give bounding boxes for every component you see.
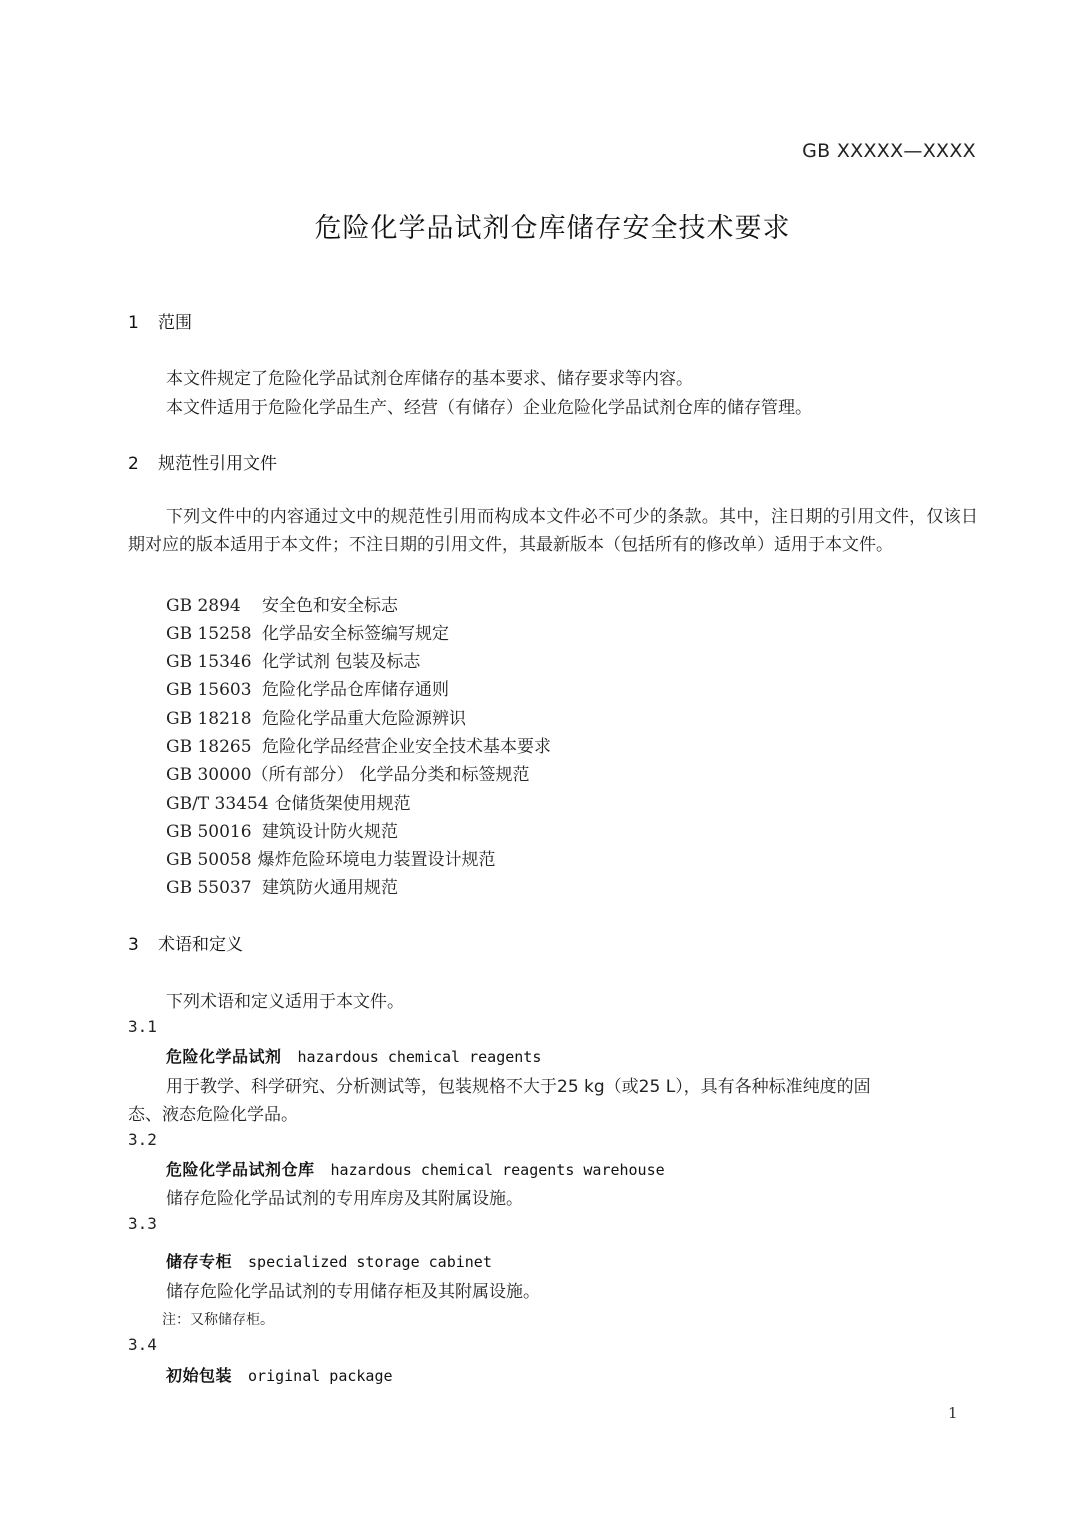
- term-note: 注：又称储存柜。: [162, 1309, 274, 1329]
- section-heading-3: 3术语和定义: [128, 930, 243, 955]
- term-entry: 危险化学品试剂hazardous chemical reagents: [166, 1044, 541, 1067]
- section-title: 规范性引用文件: [158, 454, 277, 474]
- term-definition: 储存危险化学品试剂的专用储存柜及其附属设施。: [166, 1277, 540, 1302]
- term-definition-continued: 态、液态危险化学品。: [128, 1100, 298, 1125]
- page-number: 1: [948, 1404, 958, 1422]
- reference-item: GB 55037建筑防火通用规范: [166, 873, 398, 898]
- paragraph-normative-intro: 下列文件中的内容通过文中的规范性引用而构成本文件必不可少的条款。其中，注日期的引…: [128, 503, 978, 559]
- term-number: 3.4: [128, 1335, 157, 1354]
- term-number: 3.2: [128, 1130, 157, 1149]
- term-en: hazardous chemical reagents: [298, 1048, 542, 1066]
- reference-item: GB 30000（所有部分）化学品分类和标签规范: [166, 760, 530, 785]
- term-en: hazardous chemical reagents warehouse: [331, 1161, 665, 1179]
- reference-item: GB 18265危险化学品经营企业安全技术基本要求: [166, 732, 551, 757]
- term-definition: 储存危险化学品试剂的专用库房及其附属设施。: [166, 1184, 523, 1209]
- term-zh: 初始包装: [166, 1366, 232, 1385]
- term-entry: 危险化学品试剂仓库hazardous chemical reagents war…: [166, 1157, 665, 1180]
- term-entry: 储存专柜specialized storage cabinet: [166, 1249, 492, 1272]
- reference-item: GB 15346化学试剂 包装及标志: [166, 647, 420, 672]
- section-title: 范围: [158, 313, 192, 333]
- term-zh: 危险化学品试剂仓库: [166, 1160, 315, 1179]
- term-number: 3.3: [128, 1214, 157, 1233]
- section-title: 术语和定义: [158, 935, 243, 955]
- term-definition: 用于教学、科学研究、分析测试等，包装规格不大于25 kg（或25 L），具有各种…: [166, 1072, 871, 1097]
- section-number: 1: [128, 313, 158, 333]
- section-heading-1: 1范围: [128, 308, 192, 333]
- term-number: 3.1: [128, 1017, 157, 1036]
- reference-item: GB 50058爆炸危险环境电力装置设计规范: [166, 845, 496, 870]
- reference-item: GB 15258化学品安全标签编写规定: [166, 619, 449, 644]
- section-number: 2: [128, 454, 158, 474]
- section-number: 3: [128, 935, 158, 955]
- term-en: specialized storage cabinet: [248, 1253, 492, 1271]
- paragraph: 本文件适用于危险化学品生产、经营（有储存）企业危险化学品试剂仓库的储存管理。: [166, 393, 812, 418]
- reference-item: GB/T 33454仓储货架使用规范: [166, 789, 411, 814]
- term-zh: 危险化学品试剂: [166, 1047, 282, 1066]
- reference-item: GB 2894安全色和安全标志: [166, 591, 398, 616]
- document-title: 危险化学品试剂仓库储存安全技术要求: [0, 206, 1080, 245]
- document-code: GB XXXXX—XXXX: [802, 140, 976, 162]
- term-zh: 储存专柜: [166, 1252, 232, 1271]
- term-entry: 初始包装original package: [166, 1363, 393, 1386]
- term-en: original package: [248, 1367, 393, 1385]
- reference-item: GB 18218危险化学品重大危险源辨识: [166, 704, 466, 729]
- reference-item: GB 50016建筑设计防火规范: [166, 817, 398, 842]
- reference-item: GB 15603危险化学品仓库储存通则: [166, 675, 449, 700]
- paragraph: 本文件规定了危险化学品试剂仓库储存的基本要求、储存要求等内容。: [166, 364, 693, 389]
- section-heading-2: 2规范性引用文件: [128, 449, 277, 474]
- paragraph: 下列术语和定义适用于本文件。: [166, 987, 404, 1012]
